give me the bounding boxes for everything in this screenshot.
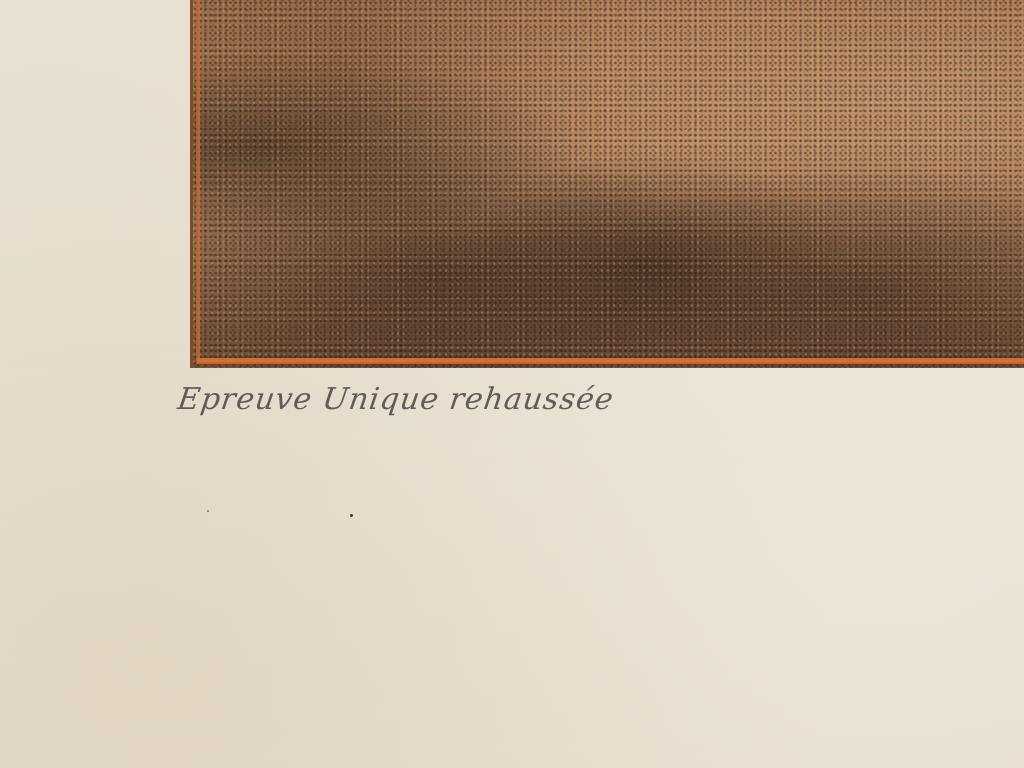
- print-image-area: [190, 0, 1024, 368]
- handwritten-inscription: Epreuve Unique rehaussée: [176, 382, 617, 417]
- plate-mark-left-edge: [196, 0, 200, 364]
- paper-speck: [207, 510, 209, 512]
- paper-speck: [350, 514, 353, 517]
- plate-mark-bottom-edge: [197, 358, 1024, 364]
- print-texture: [193, 0, 1024, 368]
